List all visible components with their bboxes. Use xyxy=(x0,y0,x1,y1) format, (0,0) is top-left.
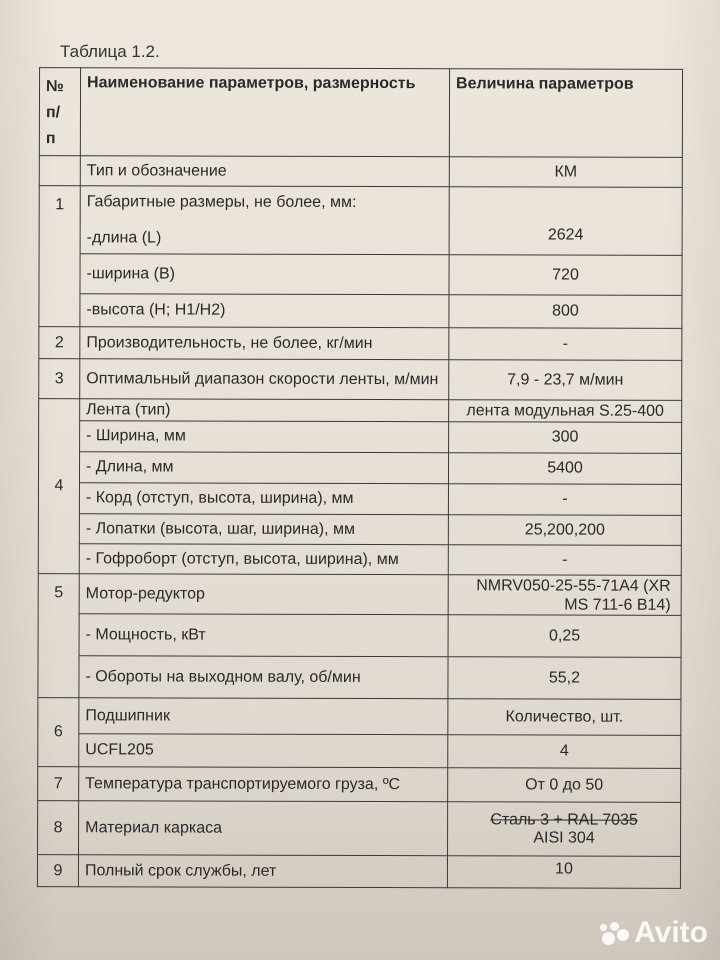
table-row: - Ширина, мм 300 xyxy=(39,421,682,454)
table-row: Тип и обозначение КМ xyxy=(39,156,682,188)
row-num: 2 xyxy=(39,327,80,359)
row-name: Подшипник xyxy=(79,698,448,735)
table-row: 3 Оптимальный диапазон скорости ленты, м… xyxy=(39,359,682,401)
table-row: 7 Температура транспортируемого груза, º… xyxy=(38,767,681,803)
avito-watermark: Avito xyxy=(600,916,708,950)
table-row: - Обороты на выходном валу, об/мин 55,2 xyxy=(38,656,681,700)
row-num: 1 xyxy=(39,186,80,327)
row-name: Мотор-редуктор xyxy=(79,574,448,615)
row-subname: -длина (L) xyxy=(87,229,443,248)
row-value: - xyxy=(448,484,681,516)
row-num: 9 xyxy=(37,855,78,887)
row-num: 8 xyxy=(38,801,79,855)
avito-dots-icon xyxy=(600,920,630,946)
table-row: - Гофроборт (отступ, высота, ширина), мм… xyxy=(38,544,681,576)
table-row: 8 Материал каркаса Сталь 3 + RAL 7035 AI… xyxy=(38,801,681,857)
row-name: Полный срок службы, лет xyxy=(78,855,447,888)
table-row: -высота (H; H1/H2) 800 xyxy=(39,294,682,329)
watermark-text: Avito xyxy=(634,916,708,950)
row-title: Габаритные размеры, не более, мм: xyxy=(87,193,443,212)
row-num: 7 xyxy=(38,767,79,801)
row-name: -высота (H; H1/H2) xyxy=(80,294,449,328)
row-name: - Длина, мм xyxy=(79,452,448,484)
row-name: Температура транспортируемого груза, ºС xyxy=(79,767,448,802)
row-num xyxy=(39,156,80,186)
row-value: 55,2 xyxy=(448,657,681,700)
row-name: - Ширина, мм xyxy=(80,421,449,453)
row-value: 300 xyxy=(449,422,682,454)
row-name: Материал каркаса xyxy=(79,801,448,856)
row-value: 0,25 xyxy=(448,615,681,658)
row-value: - xyxy=(449,328,682,361)
row-num: 4 xyxy=(38,399,79,574)
row-name: -ширина (B) xyxy=(80,254,449,295)
row-value: 800 xyxy=(449,295,682,329)
struck-value: Сталь 3 + RAL 7035 xyxy=(454,811,674,830)
row-name: Оптимальный диапазон скорости ленты, м/м… xyxy=(80,359,449,400)
row-value: Количество, шт. xyxy=(448,699,681,736)
row-value: 4 xyxy=(448,735,681,769)
row-name: Производительность, не более, кг/мин xyxy=(80,327,449,360)
table-header-row: № п/ п Наименование параметров, размерно… xyxy=(39,68,682,158)
table-row: - Лопатки (высота, шаг, ширина), мм 25,2… xyxy=(38,514,681,546)
table-row: -ширина (B) 720 xyxy=(39,254,682,296)
row-name: - Мощность, кВт xyxy=(79,614,448,657)
row-name: - Лопатки (высота, шаг, ширина), мм xyxy=(79,514,448,545)
table-row: 4 Лента (тип) лента модульная S.25-400 xyxy=(39,399,682,423)
row-value: 720 xyxy=(449,255,682,296)
row-value: 10 xyxy=(447,856,680,889)
header-num: № п/ п xyxy=(39,68,80,156)
header-value: Величина параметров xyxy=(449,69,682,158)
table-caption: Таблица 1.2. xyxy=(60,42,160,62)
header-name: Наименование параметров, размерность xyxy=(80,68,449,157)
row-name: Тип и обозначение xyxy=(80,156,449,187)
row-value: NMRV050-25-55-71A4 (XR MS 711-6 B14) xyxy=(448,575,681,616)
table-row: 9 Полный срок службы, лет 10 xyxy=(37,855,680,889)
table-row: 2 Производительность, не более, кг/мин - xyxy=(39,327,682,361)
row-name: Лента (тип) xyxy=(80,399,449,422)
row-name: UCFL205 xyxy=(79,734,448,768)
row-name: - Корд (отступ, высота, ширина), мм xyxy=(79,483,448,515)
row-value: От 0 до 50 xyxy=(448,768,681,803)
row-value: КМ xyxy=(449,157,682,188)
row-value: Сталь 3 + RAL 7035 AISI 304 xyxy=(448,802,681,857)
row-name: - Обороты на выходном валу, об/мин xyxy=(79,656,448,699)
row-value: лента модульная S.25-400 xyxy=(449,400,682,423)
row-num: 6 xyxy=(38,698,79,767)
table-row: - Длина, мм 5400 xyxy=(38,452,681,485)
current-value: AISI 304 xyxy=(454,829,674,848)
table-row: UCFL205 4 xyxy=(38,734,681,769)
row-num: 5 xyxy=(38,574,79,698)
row-value: 7,9 - 23,7 м/мин xyxy=(449,360,682,401)
row-value: 5400 xyxy=(448,453,681,485)
row-name: Габаритные размеры, не более, мм: -длина… xyxy=(80,186,449,255)
row-value: - xyxy=(448,545,681,576)
row-name: - Гофроборт (отступ, высота, ширина), мм xyxy=(79,544,448,575)
row-value: 2624 xyxy=(449,187,682,256)
row-value: 25,200,200 xyxy=(448,515,681,546)
table-row: 5 Мотор-редуктор NMRV050-25-55-71A4 (XR … xyxy=(38,574,681,616)
row-num: 3 xyxy=(39,359,80,399)
table-row: - Корд (отступ, высота, ширина), мм - xyxy=(38,483,681,516)
parameters-table: № п/ п Наименование параметров, размерно… xyxy=(37,67,683,889)
table-row: 6 Подшипник Количество, шт. xyxy=(38,698,681,736)
table-row: 1 Габаритные размеры, не более, мм: -дли… xyxy=(39,186,682,256)
table-row: - Мощность, кВт 0,25 xyxy=(38,614,681,658)
